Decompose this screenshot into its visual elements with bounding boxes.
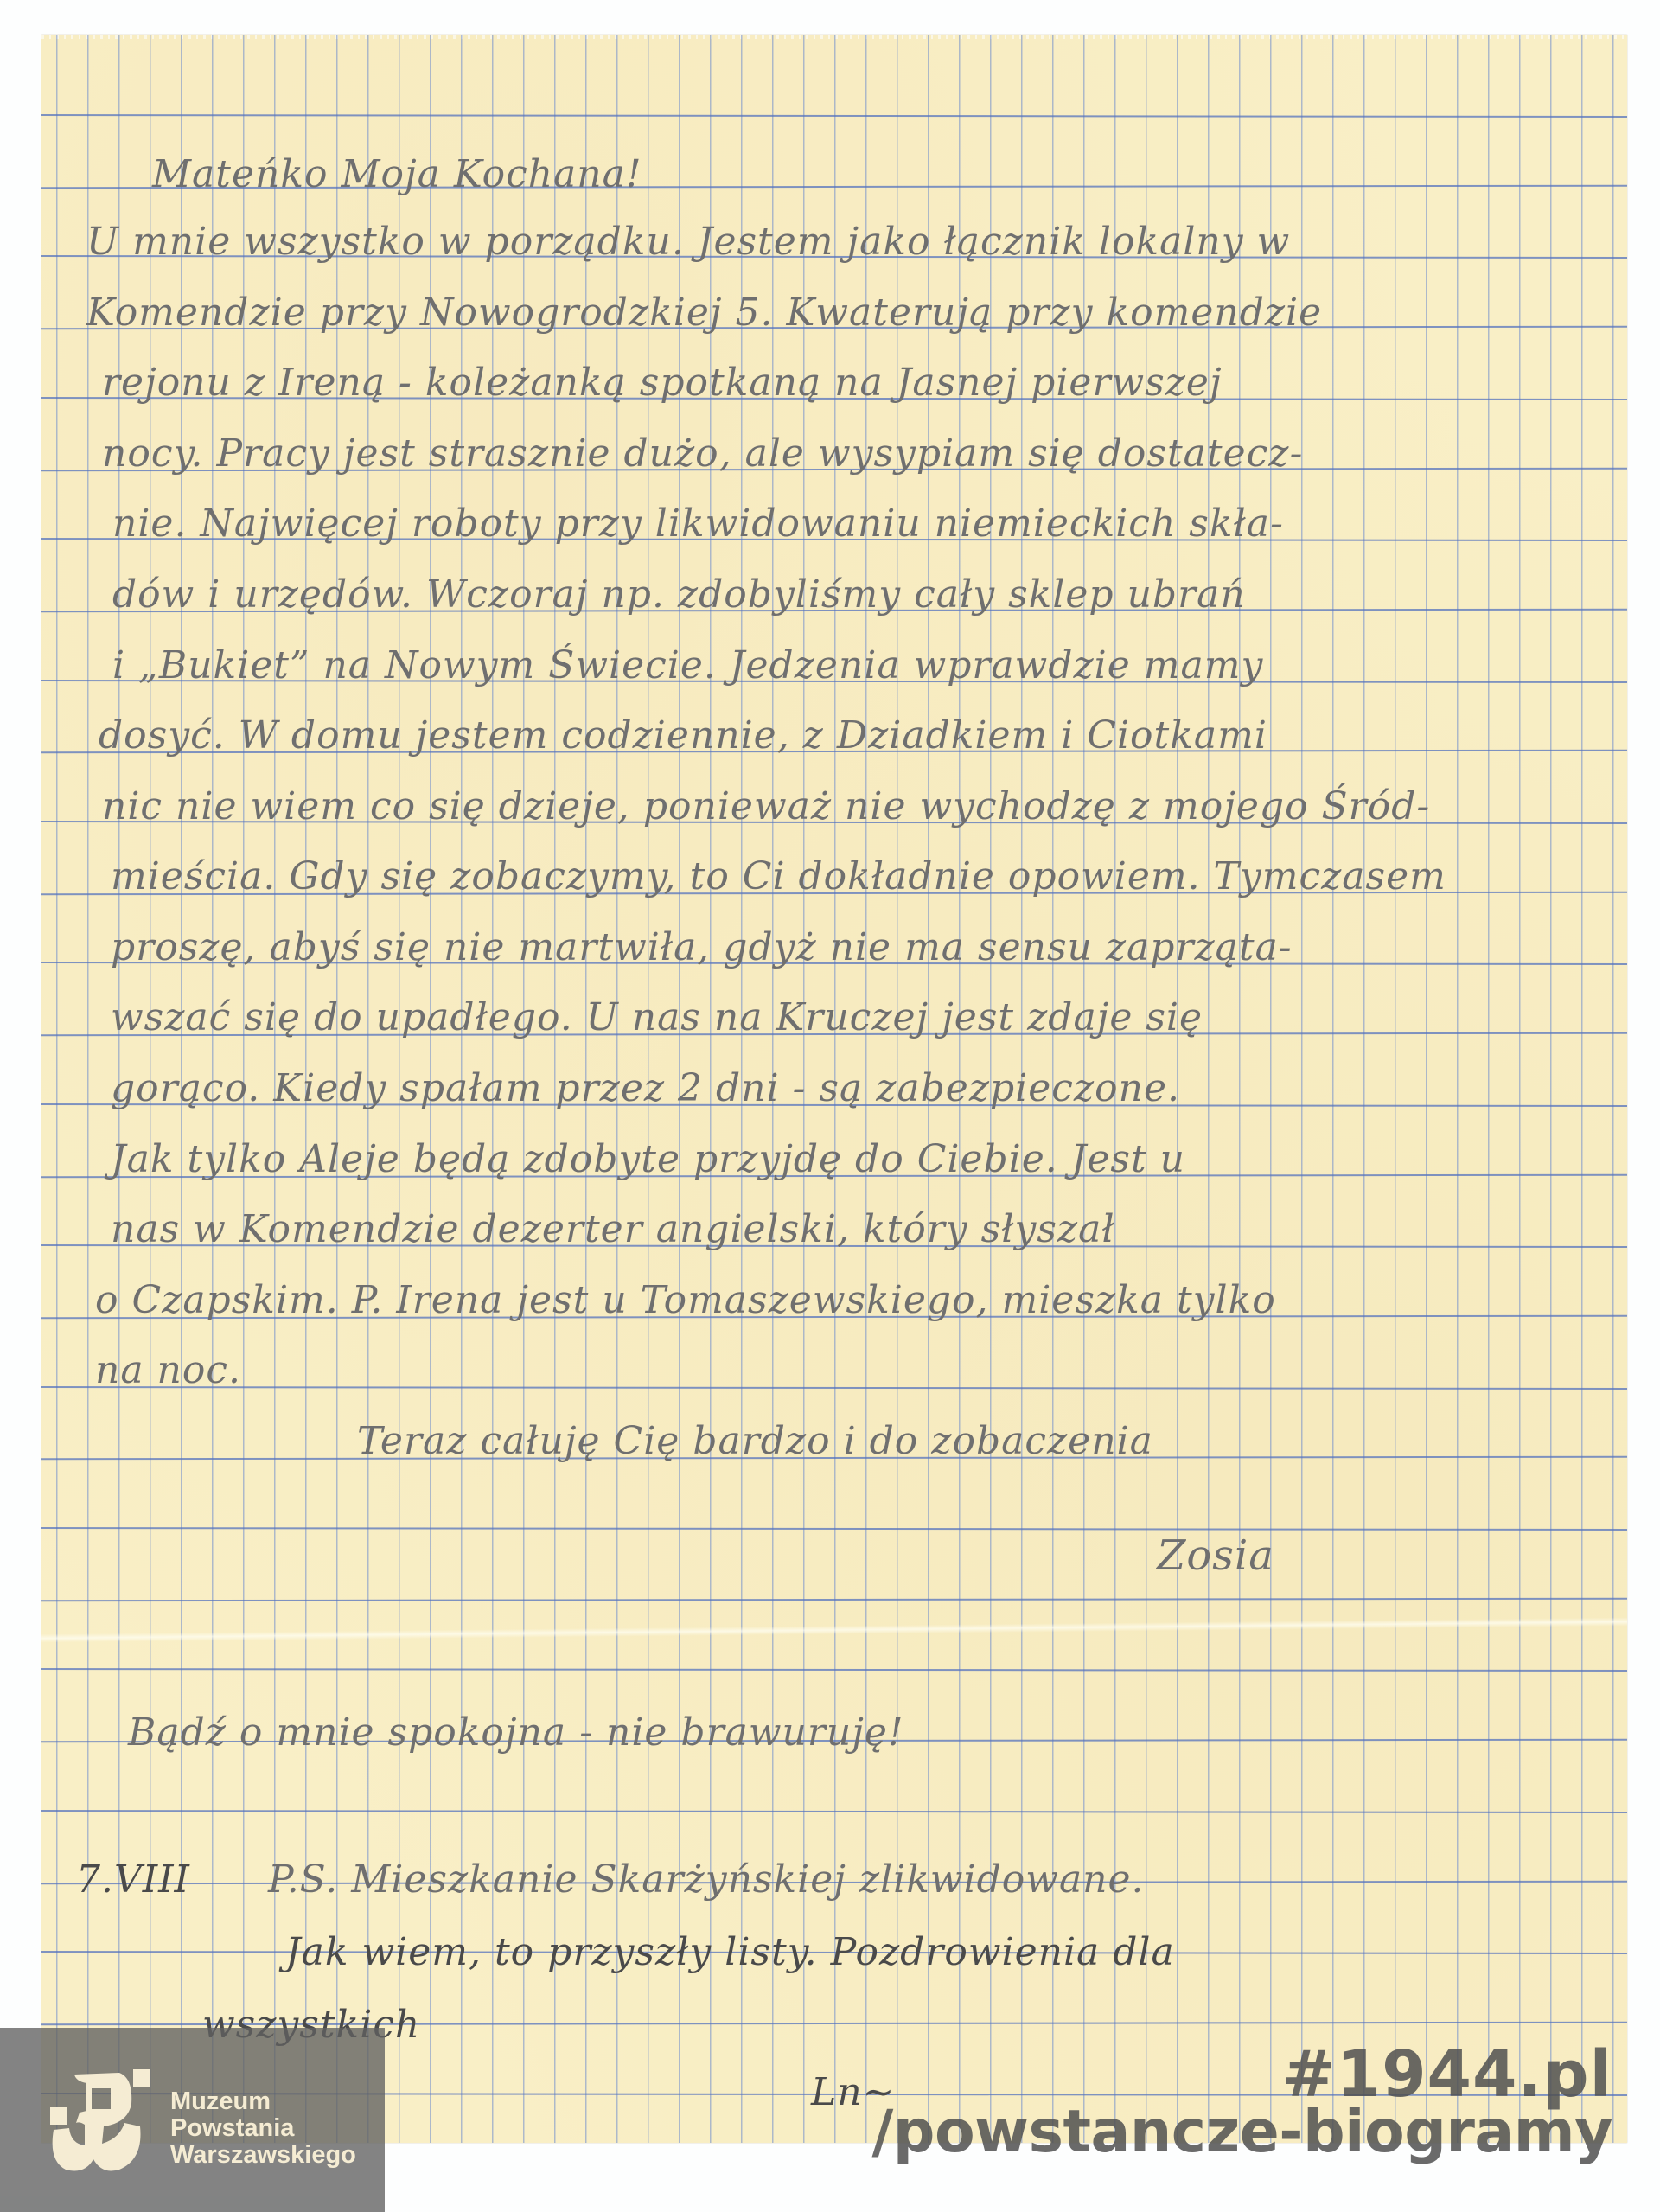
body-line: nocy. Pracy jest strasznie dużo, ale wys… <box>102 435 1303 473</box>
kotwica-anchor-icon <box>50 2069 150 2175</box>
body-line: proszę, abyś się nie martwiła, gdyż nie … <box>111 929 1293 967</box>
museum-name-line: Powstania <box>170 2115 356 2142</box>
letter-paper: Mateńko Moja Kochana! U mnie wszystko w … <box>41 35 1627 2143</box>
body-line: nas w Komendzie dezerter angielski, któr… <box>111 1211 1115 1249</box>
body-line: gorąco. Kiedy spałam przez 2 dni - są za… <box>111 1070 1180 1108</box>
body-line: rejonu z Ireną - koleżanką spotkaną na J… <box>102 364 1223 402</box>
watermark-site[interactable]: #1944.pl <box>1282 2043 1612 2107</box>
body-line: nie. Najwięcej roboty przy likwidowaniu … <box>112 505 1284 543</box>
body-line: o Czapskim. P. Irena jest u Tomaszewskie… <box>95 1282 1276 1320</box>
postscript-reassurance: Bądź o mnie spokojna - nie brawuruję! <box>128 1714 904 1752</box>
museum-name-line: Warszawskiego <box>170 2142 356 2169</box>
body-line: dosyć. W domu jestem codziennie, z Dziad… <box>99 717 1267 755</box>
body-line: wszać się do upadłego. U nas na Kruczej … <box>111 999 1203 1037</box>
closing-line: Teraz całuję Cię bardzo i do zobaczenia <box>357 1422 1153 1461</box>
body-line: Jak tylko Aleje będą zdobyte przyjdę do … <box>111 1141 1185 1179</box>
body-line: mieścia. Gdy się zobaczymy, to Ci dokład… <box>111 858 1446 896</box>
body-line: i „Bukiet” na Nowym Świecie. Jedzenia wp… <box>112 647 1263 685</box>
signature: Zosia <box>1157 1535 1274 1576</box>
date: 7.VIII <box>76 1861 190 1899</box>
museum-logo-box[interactable]: Muzeum Powstania Warszawskiego <box>0 2028 385 2212</box>
salutation: Mateńko Moja Kochana! <box>152 156 809 194</box>
body-line: U mnie wszystko w porządku. Jestem jako … <box>86 223 1290 261</box>
body-line: Komendzie przy Nowogrodzkiej 5. Kwateruj… <box>86 294 1322 332</box>
body-line: nic nie wiem co się dzieje, ponieważ nie… <box>102 788 1430 826</box>
postscript-line: P.S. Mieszkanie Skarżyńskiej zlikwidowan… <box>268 1861 1145 1899</box>
watermark-path[interactable]: /powstancze-biogramy <box>871 2103 1612 2162</box>
museum-name: Muzeum Powstania Warszawskiego <box>170 2088 356 2169</box>
body-line: na noc. <box>95 1352 241 1390</box>
museum-name-line: Muzeum <box>170 2088 356 2115</box>
body-line: dów i urzędów. Wczoraj np. zdobyliśmy ca… <box>112 576 1246 614</box>
postscript-line: Jak wiem, to przyszły listy. Pozdrowieni… <box>285 1934 1175 1972</box>
